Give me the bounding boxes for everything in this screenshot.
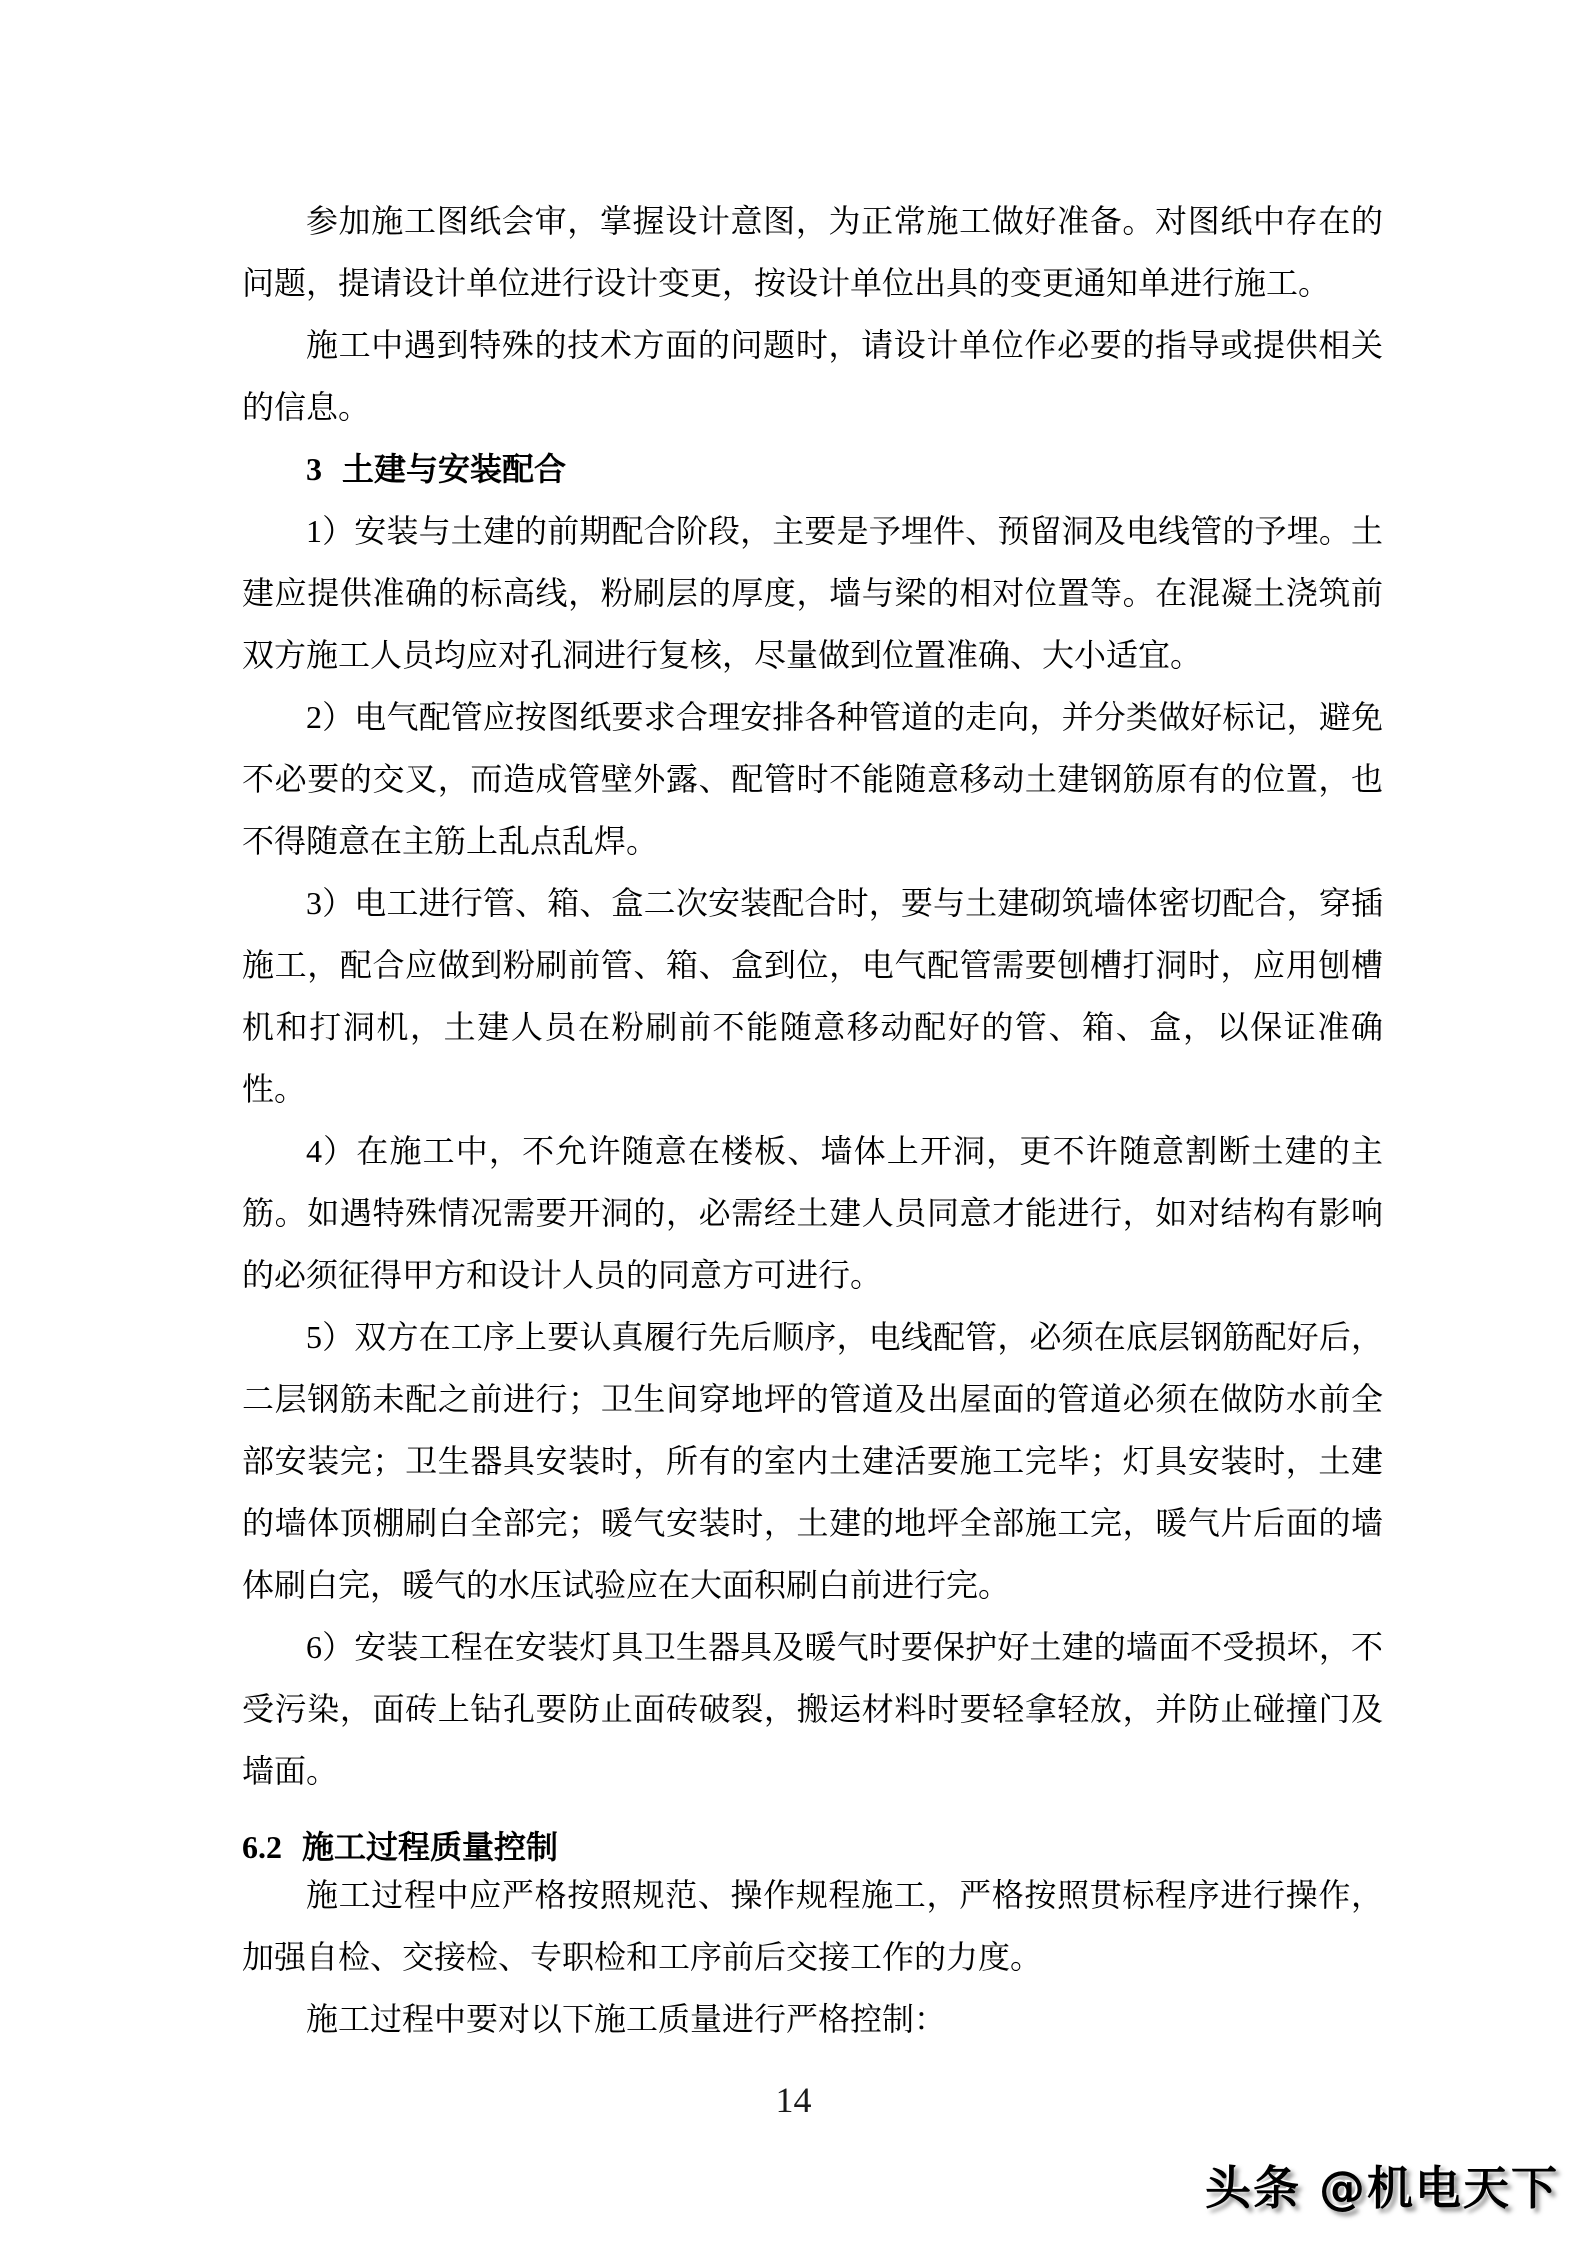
list-item-3: 3）电工进行管、箱、盒二次安装配合时，要与土建砌筑墙体密切配合，穿插施工，配合应…	[242, 872, 1383, 1120]
section-heading-6-2-title: 施工过程质量控制	[302, 1829, 558, 1865]
section-heading-3: 3土建与安装配合	[242, 438, 1383, 500]
section-heading-3-title: 土建与安装配合	[342, 451, 566, 487]
paragraph-intro-2: 施工中遇到特殊的技术方面的问题时，请设计单位作必要的指导或提供相关的信息。	[242, 314, 1383, 438]
section-heading-3-number: 3	[306, 451, 322, 487]
list-item-5: 5）双方在工序上要认真履行先后顺序，电线配管，必须在底层钢筋配好后，二层钢筋未配…	[242, 1306, 1383, 1616]
list-item-4: 4）在施工中，不允许随意在楼板、墙体上开洞，更不许随意割断土建的主筋。如遇特殊情…	[242, 1120, 1383, 1306]
document-page: 参加施工图纸会审，掌握设计意图，为正常施工做好准备。对图纸中存在的问题，提请设计…	[0, 0, 1587, 2245]
list-item-6: 6）安装工程在安装灯具卫生器具及暖气时要保护好土建的墙面不受损坏，不受污染，面砖…	[242, 1616, 1383, 1802]
document-body: 参加施工图纸会审，掌握设计意图，为正常施工做好准备。对图纸中存在的问题，提请设计…	[242, 190, 1383, 2050]
paragraph-intro-1: 参加施工图纸会审，掌握设计意图，为正常施工做好准备。对图纸中存在的问题，提请设计…	[242, 190, 1383, 314]
page-number: 14	[0, 2080, 1587, 2120]
list-item-1: 1）安装与土建的前期配合阶段，主要是予埋件、预留洞及电线管的予埋。土建应提供准确…	[242, 500, 1383, 686]
list-item-2: 2）电气配管应按图纸要求合理安排各种管道的走向，并分类做好标记，避免不必要的交叉…	[242, 686, 1383, 872]
paragraph-quality-1: 施工过程中应严格按照规范、操作规程施工，严格按照贯标程序进行操作，加强自检、交接…	[242, 1864, 1383, 1988]
watermark: 头条 @机电天下	[1205, 2158, 1559, 2218]
paragraph-quality-2: 施工过程中要对以下施工质量进行严格控制：	[242, 1988, 1383, 2050]
section-heading-6-2-number: 6.2	[242, 1829, 282, 1865]
